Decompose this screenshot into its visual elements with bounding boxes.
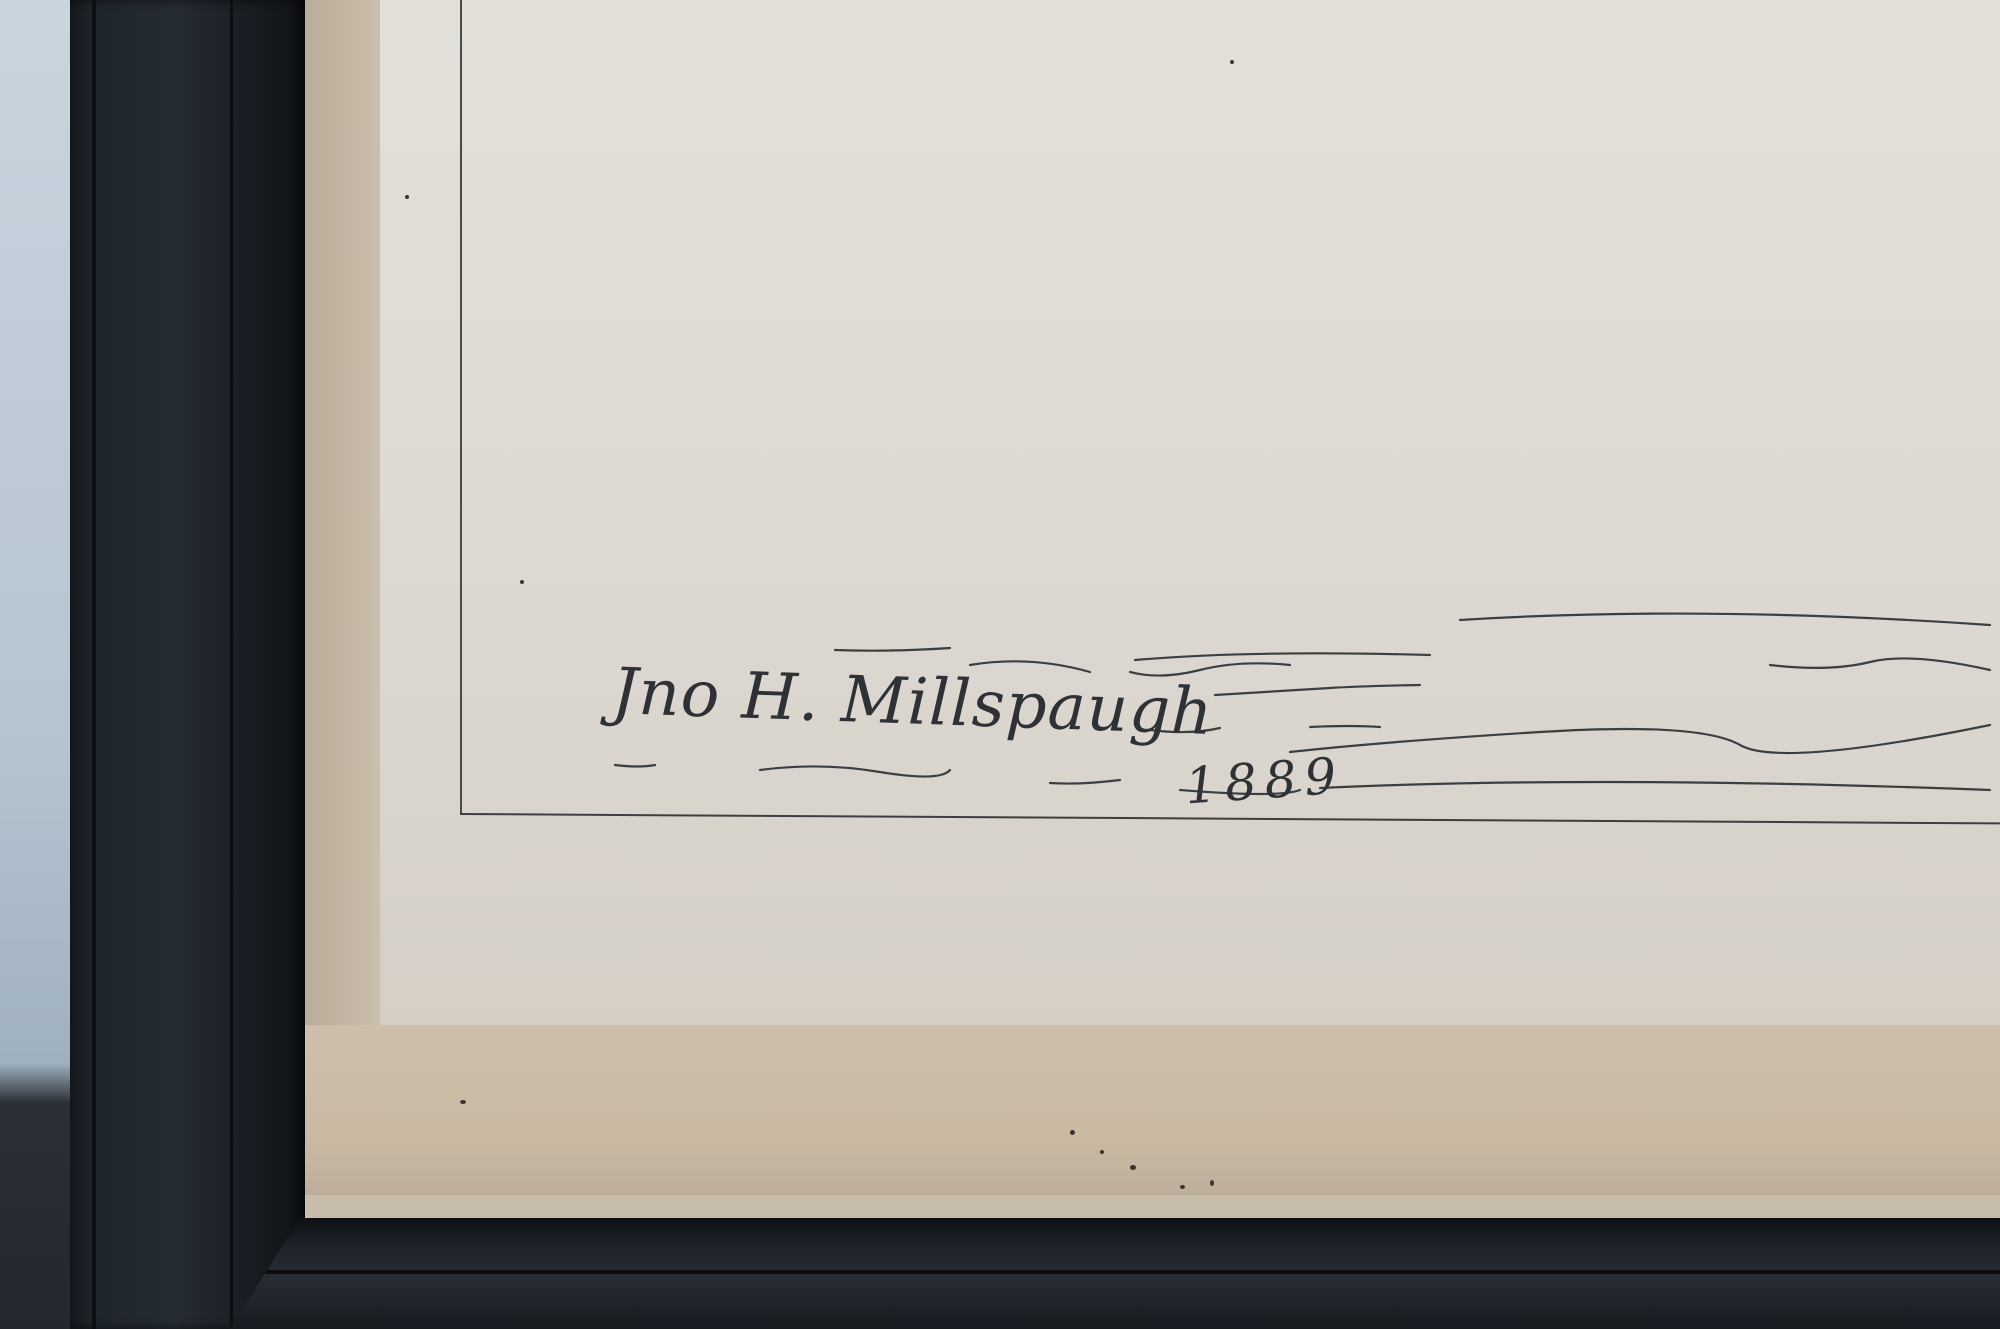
drawing-paper xyxy=(380,0,2000,1025)
picture-frame-left xyxy=(70,0,305,1329)
signature-year: 1889 xyxy=(1183,747,1346,816)
frame-bottom-groove xyxy=(230,1270,2000,1274)
picture-frame-bottom xyxy=(230,1218,2000,1329)
mat-bottom-band xyxy=(300,1025,2000,1195)
frame-groove-outer xyxy=(92,0,96,1329)
frame-groove-inner xyxy=(230,0,233,1329)
mat-left-edge xyxy=(300,0,382,1025)
plate-border-left xyxy=(460,0,462,815)
